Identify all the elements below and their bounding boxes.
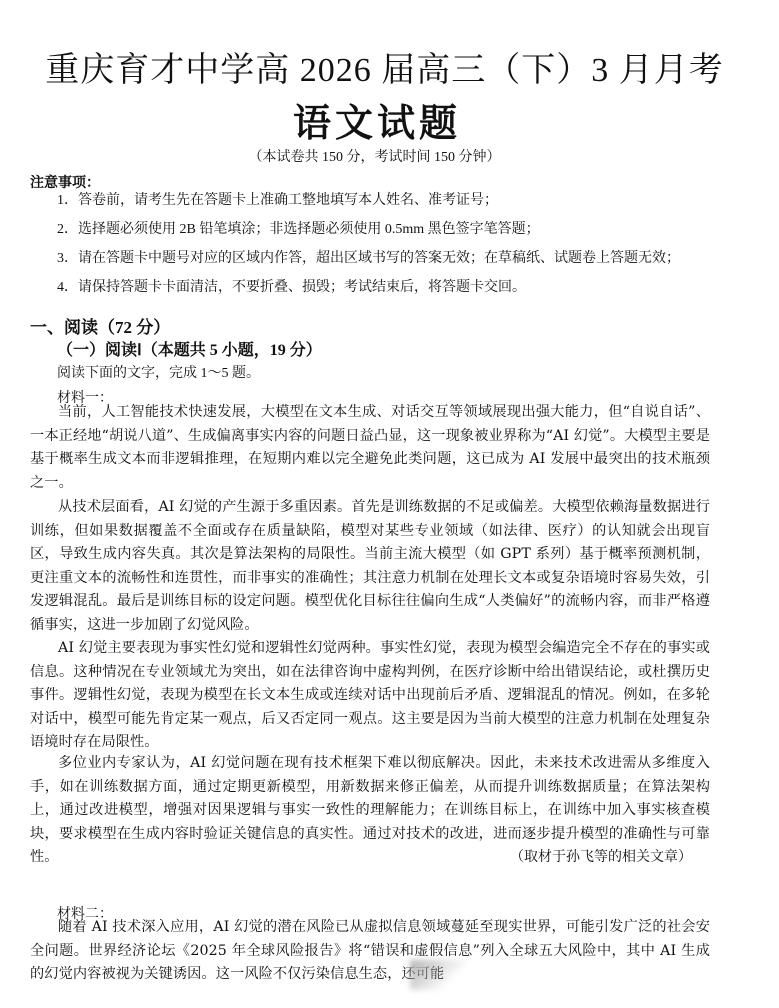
exam-note-text: （本试卷共 150 分，考试时间 150 分钟） (249, 150, 501, 165)
material1-paragraph: 当前，人工智能技术快速发展，大模型在文本生成、对话交互等领域展现出强大能力，但“… (30, 401, 710, 495)
section-title: 一、阅读（72 分） (30, 313, 170, 338)
material2-paragraph: 随着 AI 技术深入应用，AI 幻觉的潜在风险已从虚拟信息领域蔓延至现实世界，可… (30, 916, 710, 987)
notice-item: 3．请在答题卡中题号对应的区域内作答，超出区域书写的答案无效；在草稿纸、试题卷上… (57, 244, 680, 273)
subject-title-text: 语文试题 (293, 100, 461, 145)
material1-paragraph: 从技术层面看，AI 幻觉的产生源于多重因素。首先是训练数据的不足或偏差。大模型依… (30, 496, 710, 637)
section-instruction: 阅读下面的文字，完成 1～5 题。 (57, 362, 260, 382)
material1-paragraph: AI 幻觉主要表现为事实性幻觉和逻辑性幻觉两种。事实性幻觉，表现为模型会编造完全… (30, 637, 710, 755)
subject-title: 语文试题 (0, 92, 779, 147)
notice-item: 1．答卷前，请考生先在答题卡上准确工整地填写本人姓名、准考证号； (57, 186, 680, 215)
exam-note: （本试卷共 150 分，考试时间 150 分钟） (0, 146, 779, 166)
exam-title-text: 重庆育才中学高 2026 届高三（下）3 月月考 (45, 52, 724, 89)
material1-source: （取材于孙飞等的相关文章） (510, 846, 692, 866)
page-curl-shadow (410, 960, 470, 990)
notice-item: 2．选择题必须使用 2B 铅笔填涂；非选择题必须使用 0.5mm 黑色签字笔答题… (57, 215, 680, 244)
section-subtitle: （一）阅读Ⅰ（本题共 5 小题，19 分） (57, 337, 322, 360)
exam-page: 重庆育才中学高 2026 届高三（下）3 月月考 语文试题 （本试卷共 150 … (0, 0, 779, 1008)
exam-title: 重庆育才中学高 2026 届高三（下）3 月月考 (0, 42, 779, 91)
notice-list: 1．答卷前，请考生先在答题卡上准确工整地填写本人姓名、准考证号； 2．选择题必须… (57, 186, 680, 302)
notice-item: 4．请保持答题卡卡面清洁，不要折叠、损毁；考试结束后，将答题卡交回。 (57, 273, 680, 302)
